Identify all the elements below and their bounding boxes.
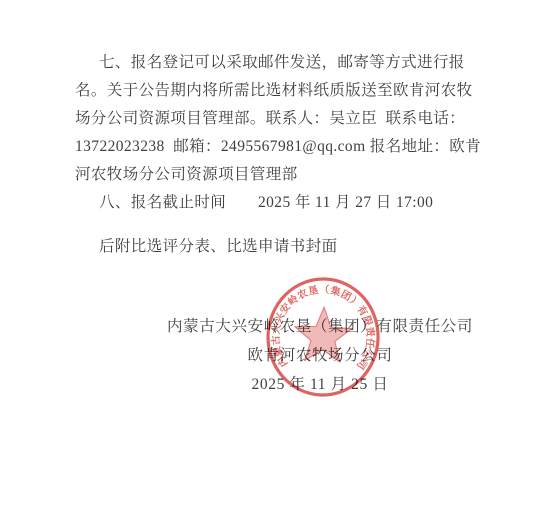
signature-company: 内蒙古大兴安岭农垦（集团）有限责任公司 (105, 312, 535, 341)
signature-branch: 欧肯河农牧场分公司 (105, 341, 535, 370)
body-text: 七、报名登记可以采取邮件发送，邮寄等方式进行报 名。关于公告期内将所需比选材料纸… (75, 49, 475, 261)
text-line-1: 七、报名登记可以采取邮件发送，邮寄等方式进行报 (75, 49, 475, 77)
signature-date: 2025 年 11 月 25 日 (105, 370, 535, 399)
signature-block: 内蒙古大兴安岭农垦（集团）有限责任公司 欧肯河农牧场分公司 2025 年 11 … (105, 312, 535, 399)
text-line-5: 河农牧场分公司资源项目管理部 (75, 161, 475, 189)
text-line-attachment-note: 后附比选评分表、比选申请书封面 (75, 233, 475, 261)
document-page: 七、报名登记可以采取邮件发送，邮寄等方式进行报 名。关于公告期内将所需比选材料纸… (0, 0, 535, 515)
text-line-4: 13722023238 邮箱：2495567981@qq.com 报名地址：欧肯 (75, 133, 475, 161)
text-line-deadline: 八、报名截止时间 2025 年 11 月 27 日 17:00 (75, 189, 475, 217)
text-line-2: 名。关于公告期内将所需比选材料纸质版送至欧肯河农牧 (75, 77, 475, 105)
text-line-3: 场分公司资源项目管理部。联系人：吴立臣 联系电话： (75, 105, 475, 133)
